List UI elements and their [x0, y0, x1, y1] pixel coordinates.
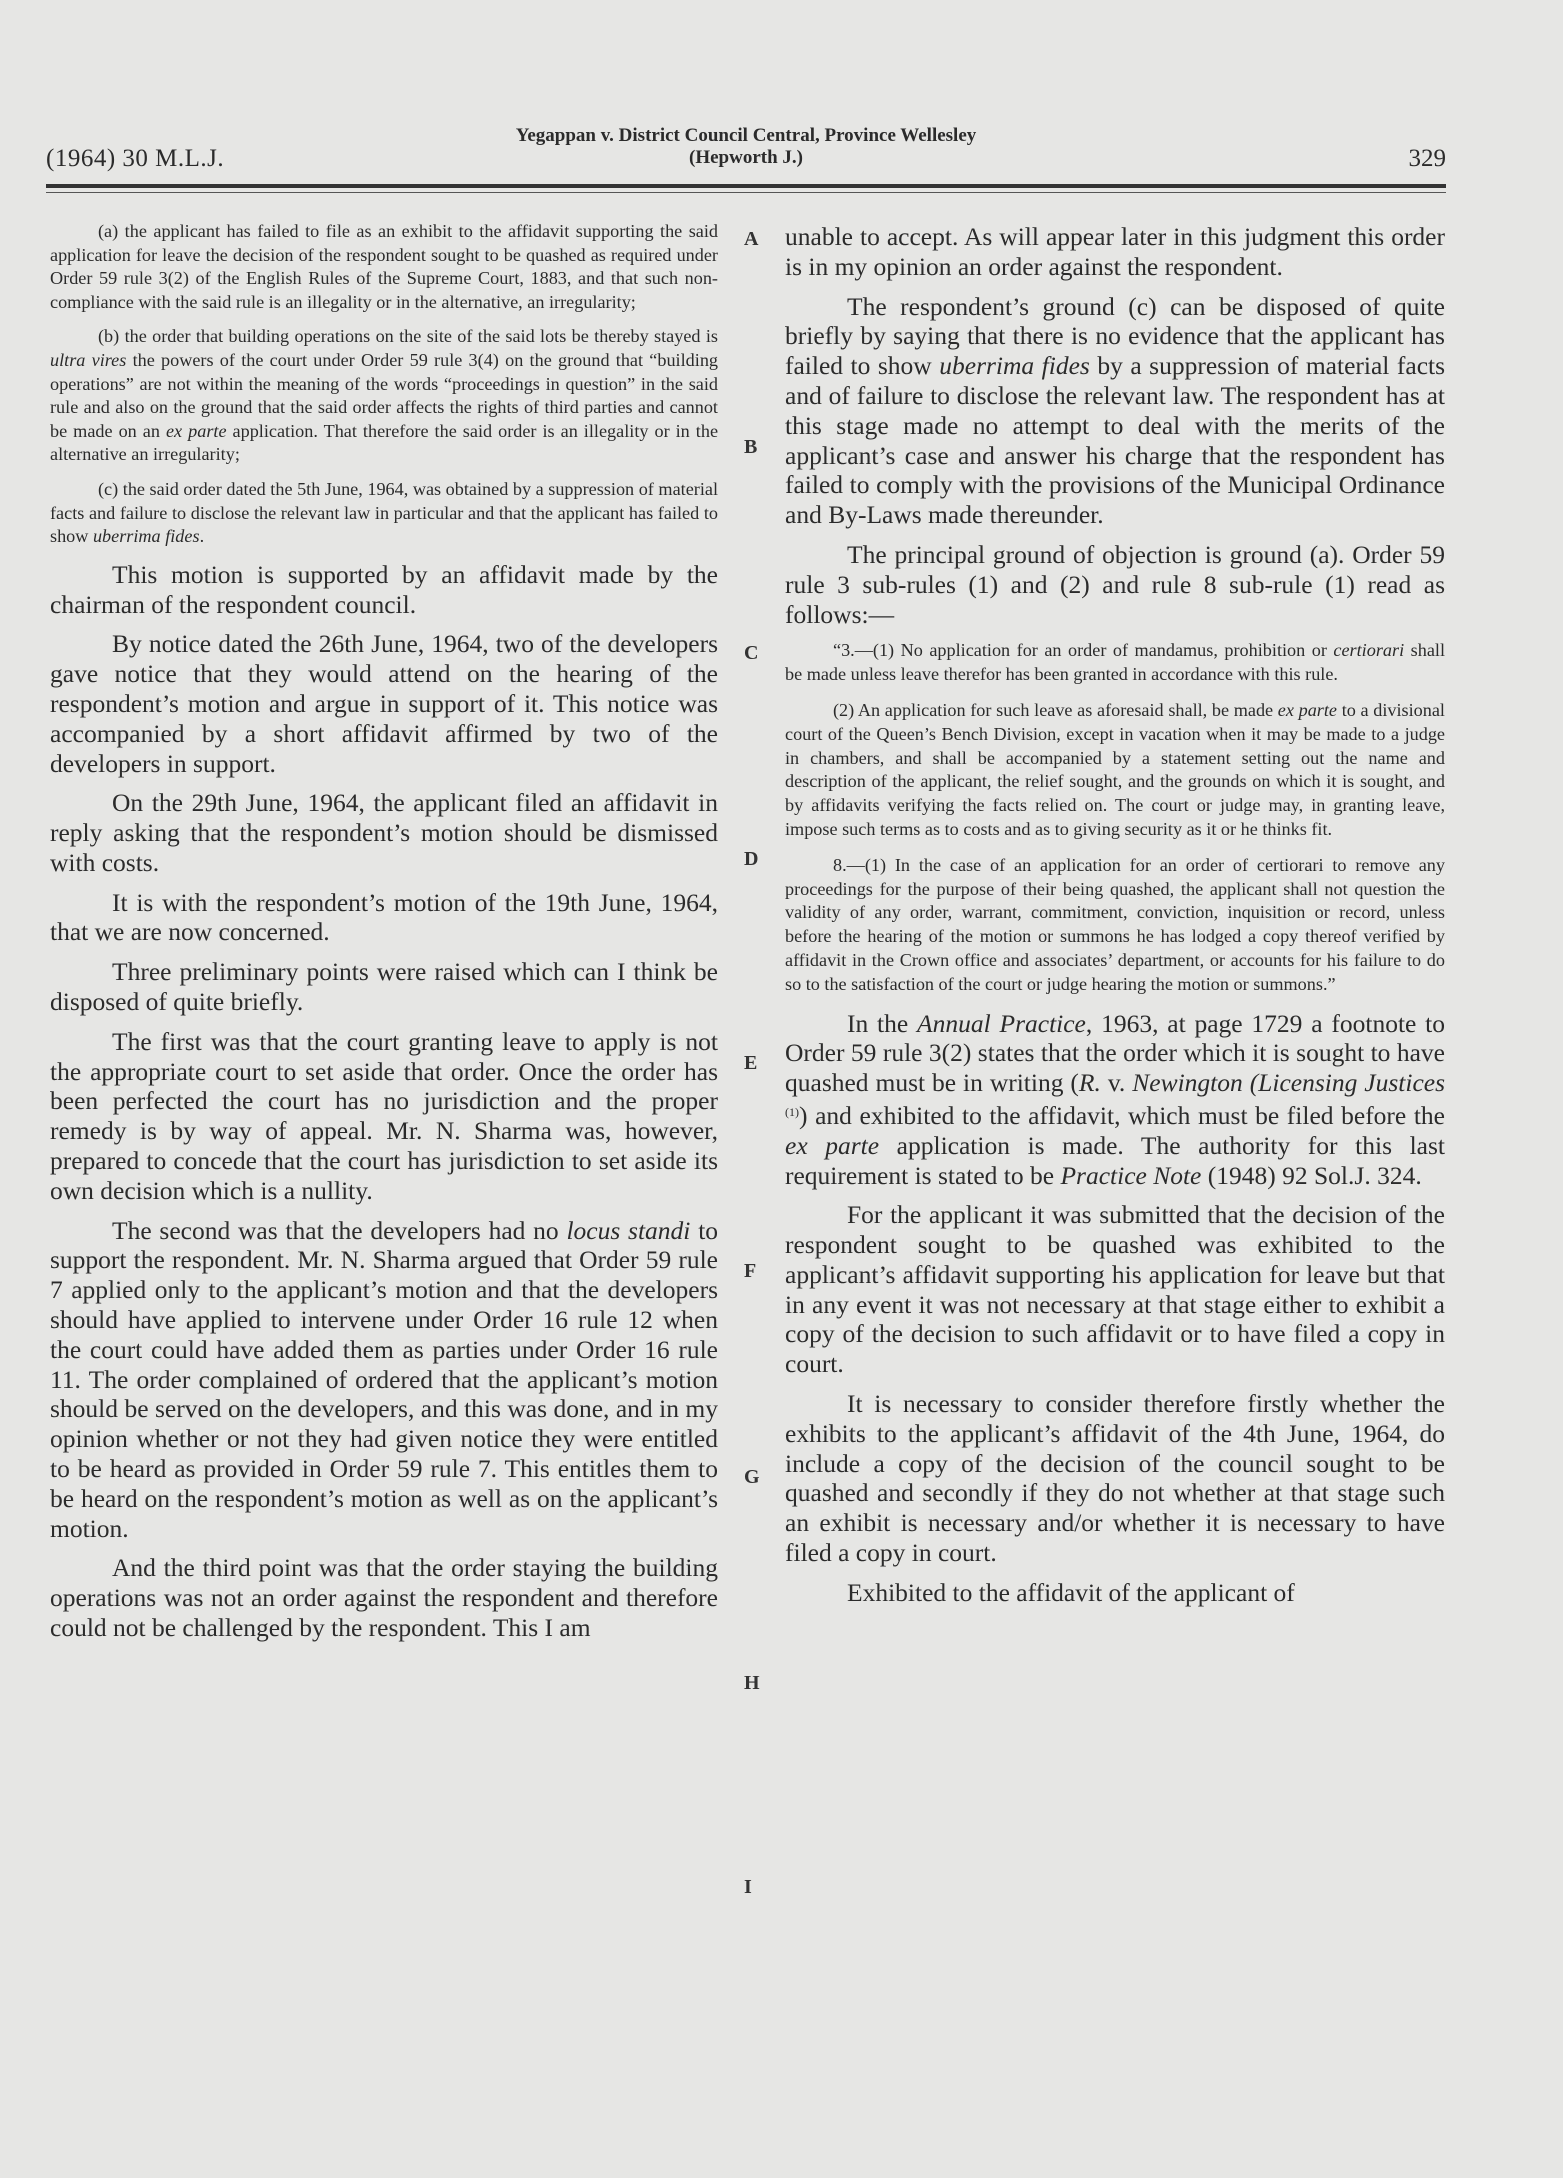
- paragraph-first-point: The first was that the court granting le…: [50, 1027, 718, 1206]
- citation: (1964) 30 M.L.J.: [46, 145, 224, 173]
- paragraph-ground-c: The respondent’s ground (c) can be dispo…: [785, 292, 1445, 530]
- case-title: Yegappan v. District Council Central, Pr…: [376, 125, 1116, 147]
- left-column: (a) the applicant has failed to file as …: [50, 220, 718, 1653]
- footnote-ref: (1): [785, 1105, 799, 1119]
- paragraph-principal-ground: The principal ground of objection is gro…: [785, 540, 1445, 629]
- paragraph-submitted: For the applicant it was submitted that …: [785, 1200, 1445, 1379]
- paragraph-exhibited: Exhibited to the affidavit of the applic…: [785, 1578, 1445, 1608]
- quote-rule-8-1: 8.—(1) In the case of an application for…: [785, 854, 1445, 997]
- margin-marker-d: D: [744, 848, 758, 871]
- right-column: unable to accept. As will appear later i…: [785, 222, 1445, 1618]
- quote-rule-3-2: (2) An application for such leave as afo…: [785, 699, 1445, 842]
- paragraph-reply: On the 29th June, 1964, the applicant fi…: [50, 788, 718, 877]
- margin-marker-g: G: [744, 1466, 760, 1489]
- margin-marker-c: C: [744, 642, 758, 665]
- ground-a: (a) the applicant has failed to file as …: [50, 220, 718, 314]
- header-rule-thick: [46, 184, 1446, 188]
- paragraph-concerned: It is with the respondent’s motion of th…: [50, 888, 718, 948]
- paragraph-three-points: Three preliminary points were raised whi…: [50, 957, 718, 1017]
- margin-marker-f: F: [744, 1260, 756, 1283]
- paragraph-annual-practice: In the Annual Practice, 1963, at page 17…: [785, 1009, 1445, 1191]
- paragraph-necessary: It is necessary to consider therefore fi…: [785, 1389, 1445, 1568]
- paragraph-third-point: And the third point was that the order s…: [50, 1553, 718, 1642]
- margin-marker-e: E: [744, 1052, 757, 1075]
- ground-c: (c) the said order dated the 5th June, 1…: [50, 478, 718, 549]
- paragraph-motion: This motion is supported by an affidavit…: [50, 560, 718, 620]
- judge-name: (Hepworth J.): [376, 147, 1116, 169]
- paragraph-notice: By notice dated the 26th June, 1964, two…: [50, 629, 718, 778]
- ground-b: (b) the order that building operations o…: [50, 325, 718, 467]
- margin-marker-b: B: [744, 436, 757, 459]
- header-rule-thin: [46, 192, 1446, 193]
- quote-rule-3-1: “3.—(1) No application for an order of m…: [785, 639, 1445, 687]
- page-number: 329: [1409, 145, 1447, 173]
- margin-marker-h: H: [744, 1672, 760, 1695]
- margin-marker-a: A: [744, 228, 758, 251]
- paragraph-second-point: The second was that the developers had n…: [50, 1216, 718, 1544]
- paragraph-unable: unable to accept. As will appear later i…: [785, 222, 1445, 282]
- running-header: (1964) 30 M.L.J. Yegappan v. District Co…: [46, 125, 1446, 175]
- case-title-block: Yegappan v. District Council Central, Pr…: [376, 125, 1116, 169]
- margin-marker-i: I: [744, 1876, 752, 1899]
